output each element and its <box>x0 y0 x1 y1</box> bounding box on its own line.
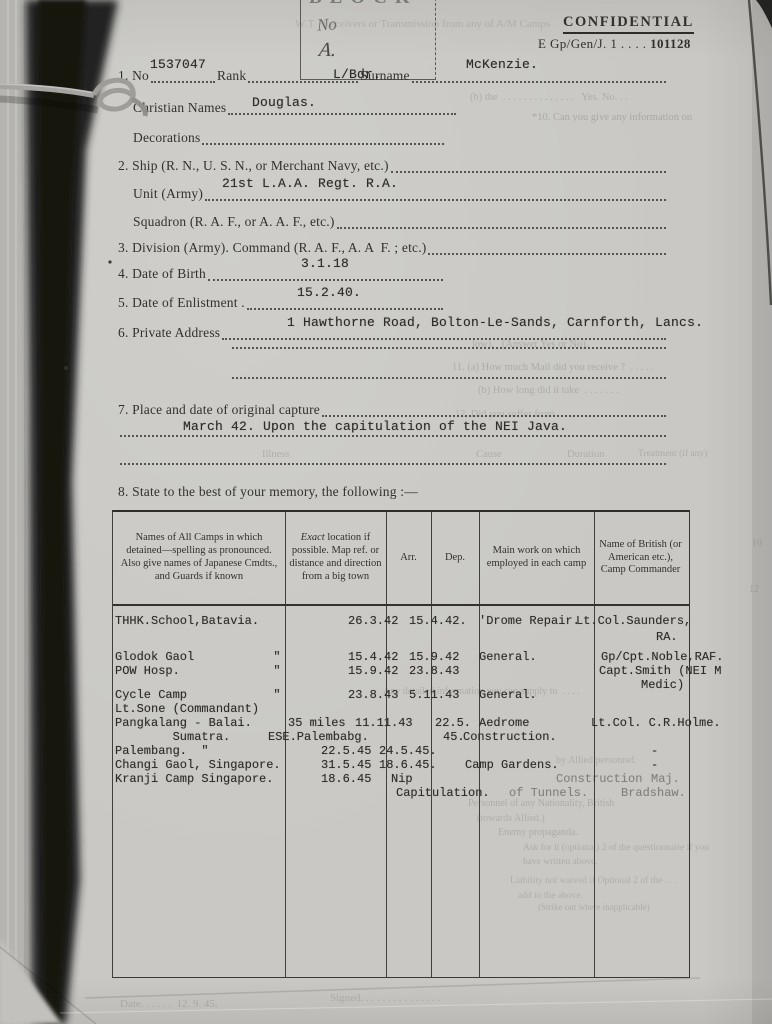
stamp-no-label: No <box>316 14 337 35</box>
table-body: THHK.School,Batavia.26.3.4215.4.42.'Drom… <box>113 604 689 977</box>
table-cell: 18.6.45 <box>321 772 371 786</box>
field-ship: 2. Ship (R. N., U. S. N., or Merchant Na… <box>118 158 668 174</box>
unit-label: Unit (Army) <box>133 186 203 202</box>
table-cell: THHK.School,Batavia. <box>115 614 259 628</box>
table-cell: of Tunnels. <box>509 786 588 800</box>
table-row: Pangkalang - Balai.35 miles11.11.4322.5.… <box>113 716 689 730</box>
confidential-marking: CONFIDENTIAL <box>563 14 694 34</box>
date-of-enlistment-value: 15.2.40. <box>297 285 361 300</box>
table-cell: 15.9.42 <box>348 664 398 678</box>
field-place-of-capture: 7. Place and date of original capture <box>118 402 668 418</box>
table-cell: 31.5.45 <box>321 758 371 772</box>
date-of-enlistment-label: Date of Enlistment . <box>132 295 245 311</box>
field-decorations: Decorations <box>133 130 446 146</box>
table-cell: General. <box>479 650 537 664</box>
item4-number: 4. <box>118 266 129 282</box>
file-reference-number: 101128 <box>650 36 691 51</box>
table-cell: 22.5. <box>435 716 471 730</box>
item8-number: 8. <box>118 484 129 500</box>
field-division-command: 3. Division (Army). Command (R. A. F., A… <box>118 240 668 256</box>
table-row: Sumatra.ESE.Palembabg.45.Construction. <box>113 730 689 744</box>
file-reference: E Gp/Gen/J. 1 . . . . 101128 <box>538 36 691 52</box>
christian-names-label: Christian Names <box>133 100 226 116</box>
table-cell: Nip <box>391 772 413 786</box>
item6-number: 6. <box>118 325 129 341</box>
table-cell: Cycle Camp " <box>115 688 281 702</box>
camps-table: Names of All Camps in which detained—spe… <box>112 510 690 978</box>
item7-number: 7. <box>118 402 129 418</box>
header-location: Exact location if possible. Map ref. or … <box>285 512 386 604</box>
table-cell: - <box>651 744 658 758</box>
table-cell: General. <box>479 688 537 702</box>
stamp-block-letter: A. <box>318 39 338 62</box>
header-camp-commander: Name of British (or American etc.), Camp… <box>594 512 687 604</box>
table-cell: Lt.Col. C.R.Holme. <box>591 716 721 730</box>
unit-value: 21st L.A.A. Regt. R.A. <box>222 176 398 191</box>
field-memory-statement: 8. State to the best of your memory, the… <box>118 484 668 500</box>
table-cell: 15.4.42. <box>409 614 467 628</box>
address-continuation-line <box>230 344 668 350</box>
item1-number: 1. <box>118 68 129 84</box>
table-cell: Camp Gardens. <box>465 758 559 772</box>
decorations-label: Decorations <box>133 130 200 146</box>
table-cell: Maj. <box>651 772 680 786</box>
service-number-value: 1537047 <box>150 57 206 72</box>
division-command-label: Division (Army). Command (R. A. F., A. A… <box>132 240 426 256</box>
table-row: Palembang. "22.5.4524.5.45.- <box>113 744 689 758</box>
field-unit: Unit (Army) <box>133 186 668 202</box>
table-cell: Sumatra. <box>115 730 230 744</box>
table-cell: Bradshaw. <box>621 786 686 800</box>
field-date-of-birth: 4. Date of Birth <box>118 266 445 282</box>
table-cell: Kranji Camp Singapore. <box>115 772 273 786</box>
table-cell: 45. <box>443 730 465 744</box>
stamp-block-word: BLOCK <box>309 0 418 9</box>
header-camps: Names of All Camps in which detained—spe… <box>115 512 283 604</box>
private-address-label: Private Address <box>132 325 220 341</box>
table-cell: Changi Gaol, Singapore. <box>115 758 281 772</box>
table-cell: 23.8.43 <box>348 688 398 702</box>
scanned-pow-questionnaire-page: W T Receivers or Transmission from any o… <box>0 0 772 1024</box>
table-cell: 24.5.45. <box>379 744 437 758</box>
field-date-of-enlistment: 5. Date of Enlistment . <box>118 295 445 311</box>
table-cell: 5.11.43 <box>409 688 459 702</box>
table-cell: 15.4.42 <box>348 650 398 664</box>
table-cell: Palembang. " <box>115 744 209 758</box>
table-cell: Gp/Cpt.Noble,RAF. <box>601 650 723 664</box>
table-row: Changi Gaol, Singapore.31.5.4518.6.45.Ca… <box>113 758 689 772</box>
table-cell: Aedrome <box>479 716 529 730</box>
header-arrived: Arr. <box>386 512 431 604</box>
capture-continuation-line <box>118 432 668 438</box>
table-cell: Construction <box>556 772 642 786</box>
place-of-capture-label: Place and date of original capture <box>132 402 320 418</box>
form-content: CONFIDENTIAL E Gp/Gen/J. 1 . . . . 10112… <box>0 0 772 1024</box>
table-row: Capitulation.of Tunnels.Bradshaw. <box>113 786 689 800</box>
date-of-birth-label: Date of Birth <box>132 266 206 282</box>
table-cell: RA. <box>656 630 678 644</box>
table-cell: 11.11.43 <box>355 716 413 730</box>
table-row: Kranji Camp Singapore.18.6.45NipConstruc… <box>113 772 689 786</box>
item3-number: 3. <box>118 240 129 256</box>
item5-number: 5. <box>118 295 129 311</box>
capture-continuation-line <box>118 460 668 466</box>
rank-label: Rank <box>217 68 246 84</box>
table-cell: Capt.Smith (NEI M <box>599 664 721 678</box>
table-cell: 15.9.42 <box>409 650 459 664</box>
table-cell: 23.8.43 <box>409 664 459 678</box>
date-of-birth-value: 3.1.18 <box>301 256 349 271</box>
private-address-value: 1 Hawthorne Road, Bolton-Le-Sands, Carnf… <box>287 315 703 330</box>
table-cell: 22.5.45 <box>321 744 371 758</box>
file-reference-prefix: E Gp/Gen/J. 1 . . . . <box>538 36 650 51</box>
table-cell: Glodok Gaol " <box>115 650 281 664</box>
table-row: Lt.Sone (Commandant) <box>113 702 689 716</box>
table-header-row: Names of All Camps in which detained—spe… <box>113 512 689 604</box>
table-cell: Lt.Col.Saunders, <box>576 614 691 628</box>
table-cell: POW Hosp. " <box>115 664 281 678</box>
table-cell: 'Drome Repair. <box>479 614 580 628</box>
item2-number: 2. <box>118 158 129 174</box>
table-cell: Construction. <box>463 730 557 744</box>
table-cell: 18.6.45. <box>379 758 437 772</box>
table-cell: Pangkalang - Balai. <box>115 716 252 730</box>
block-number-stamp: BLOCK No A. <box>300 0 436 80</box>
no-label: No <box>132 68 149 84</box>
header-departed: Dep. <box>431 512 479 604</box>
table-row: Glodok Gaol "15.4.4215.9.42General.Gp/Cp… <box>113 650 689 664</box>
ship-label: Ship (R. N., U. S. N., or Merchant Navy,… <box>132 158 389 174</box>
address-continuation-line <box>230 374 668 380</box>
christian-names-value: Douglas. <box>252 95 316 110</box>
table-cell: Capitulation. <box>396 786 490 800</box>
surname-value: McKenzie. <box>466 57 538 72</box>
table-cell: Lt.Sone (Commandant) <box>115 702 259 716</box>
squadron-label: Squadron (R. A. F., or A. A. F., etc.) <box>133 214 335 230</box>
table-row: Cycle Camp "23.8.435.11.43General. <box>113 688 689 702</box>
table-cell: 35 miles <box>288 716 346 730</box>
table-row: THHK.School,Batavia.26.3.4215.4.42.'Drom… <box>113 614 689 628</box>
table-cell: 26.3.42 <box>348 614 398 628</box>
header-main-work: Main work on which employed in each camp <box>479 512 594 604</box>
table-cell: - <box>651 758 658 772</box>
table-row: RA. <box>113 630 689 644</box>
field-squadron: Squadron (R. A. F., or A. A. F., etc.) <box>133 214 668 230</box>
table-row: POW Hosp. "15.9.4223.8.43Capt.Smith (NEI… <box>113 664 689 678</box>
memory-statement-label: State to the best of your memory, the fo… <box>132 484 418 500</box>
table-cell: ESE.Palembabg. <box>268 730 369 744</box>
